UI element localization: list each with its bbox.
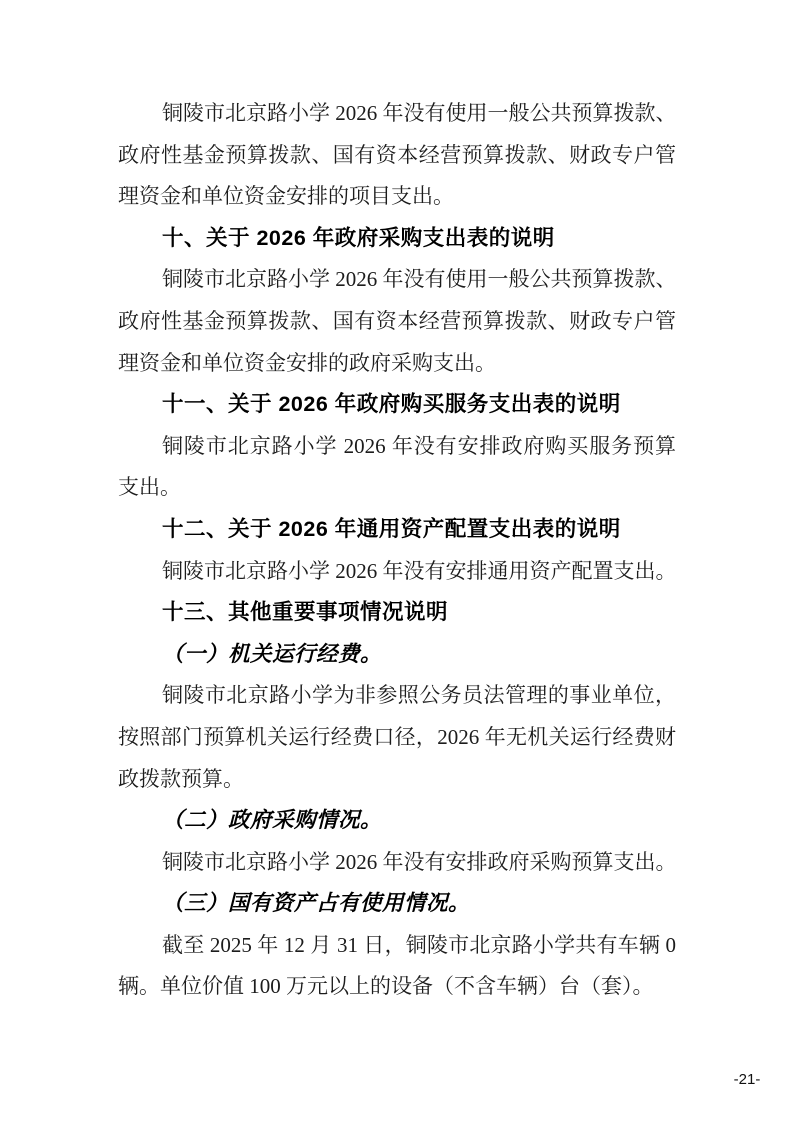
text-line: 按照部门预算机关运行经费口径，2026 年无机关运行经费财	[118, 717, 676, 759]
text-line: 政拨款预算。	[118, 759, 676, 801]
section-heading: 十三、其他重要事项情况说明	[118, 592, 676, 634]
sub-heading: （三）国有资产占有使用情况。	[118, 883, 676, 925]
text-line: 辆。单位价值 100 万元以上的设备（不含车辆）台（套）。	[118, 966, 676, 1008]
page-number: -21-	[724, 1071, 770, 1088]
sub-heading: （一）机关运行经费。	[118, 634, 676, 676]
text-line: 截至 2025 年 12 月 31 日，铜陵市北京路小学共有车辆 0	[118, 925, 676, 967]
section-heading: 十、关于 2026 年政府采购支出表的说明	[118, 218, 676, 260]
text-line: 政府性基金预算拨款、国有资本经营预算拨款、财政专户管	[118, 301, 676, 343]
section-heading: 十二、关于 2026 年通用资产配置支出表的说明	[118, 509, 676, 551]
document-page: 铜陵市北京路小学 2026 年没有使用一般公共预算拨款、政府性基金预算拨款、国有…	[0, 0, 793, 1122]
text-line: 铜陵市北京路小学为非参照公务员法管理的事业单位，	[118, 675, 676, 717]
text-line: 理资金和单位资金安排的政府采购支出。	[118, 343, 676, 385]
text-line: 铜陵市北京路小学 2026 年没有使用一般公共预算拨款、	[118, 93, 676, 135]
text-line: 铜陵市北京路小学 2026 年没有安排通用资产配置支出。	[118, 551, 676, 593]
sub-heading: （二）政府采购情况。	[118, 800, 676, 842]
text-line: 铜陵市北京路小学 2026 年没有安排政府购买服务预算	[118, 426, 676, 468]
text-line: 理资金和单位资金安排的项目支出。	[118, 176, 676, 218]
document-body: 铜陵市北京路小学 2026 年没有使用一般公共预算拨款、政府性基金预算拨款、国有…	[118, 93, 676, 1008]
text-line: 政府性基金预算拨款、国有资本经营预算拨款、财政专户管	[118, 135, 676, 177]
text-line: 支出。	[118, 467, 676, 509]
text-line: 铜陵市北京路小学 2026 年没有安排政府采购预算支出。	[118, 842, 676, 884]
text-line: 铜陵市北京路小学 2026 年没有使用一般公共预算拨款、	[118, 259, 676, 301]
section-heading: 十一、关于 2026 年政府购买服务支出表的说明	[118, 384, 676, 426]
